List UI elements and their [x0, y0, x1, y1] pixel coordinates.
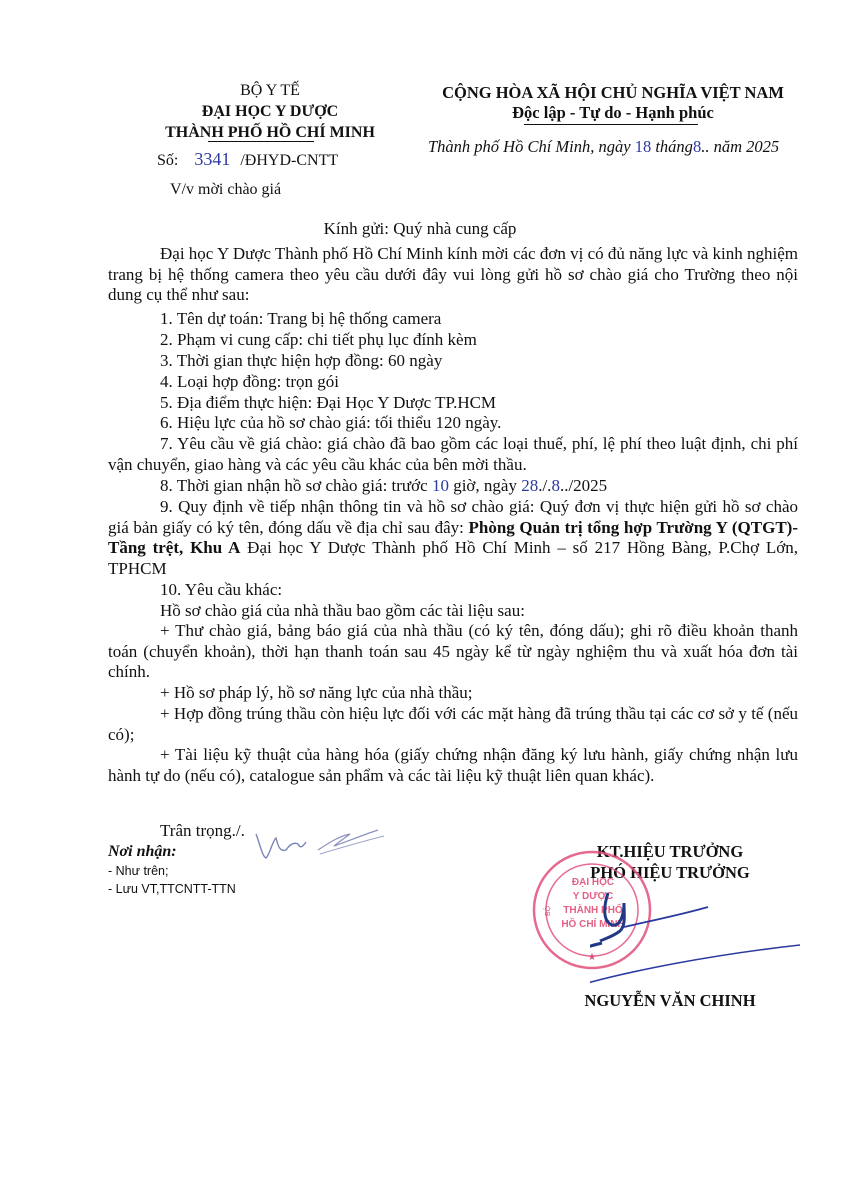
recipients-title: Nơi nhận:: [108, 842, 177, 862]
signature-icon: [590, 885, 810, 985]
item-4: 4. Loại hợp đồng: trọn gói: [160, 372, 339, 393]
item-8-prefix: 8. Thời gian nhận hồ sơ chào giá: trước: [160, 476, 432, 495]
item-2: 2. Phạm vi cung cấp: chi tiết phụ lục đí…: [160, 330, 477, 351]
item-10-bullet-2: + Hồ sơ pháp lý, hồ sơ năng lực của nhà …: [160, 683, 473, 704]
document-number: Số: 3341 /ĐHYD-CNTT: [157, 149, 338, 171]
signatory-name: NGUYỄN VĂN CHINH: [540, 990, 800, 1011]
item-10-bullet-1: + Thư chào giá, bảng báo giá của nhà thầ…: [108, 621, 798, 683]
greeting: Kính gửi: Quý nhà cung cấp: [140, 219, 700, 240]
item-8-day: 28: [521, 476, 538, 495]
nation-title: CỘNG HÒA XÃ HỘI CHỦ NGHĨA VIỆT NAM: [418, 82, 808, 103]
motto-underline: [524, 124, 698, 125]
subject-line: V/v mời chào giá: [170, 179, 281, 200]
number-label: Số:: [157, 152, 178, 169]
item-8-mid: giờ, ngày: [449, 476, 521, 495]
item-10-bullet-3: + Hợp đồng trúng thầu còn hiệu lực đối v…: [108, 704, 798, 745]
initials-signature-icon: [250, 822, 390, 864]
recipient-1: - Như trên;: [108, 862, 236, 880]
item-8-sep: ./.: [538, 476, 551, 495]
item-5: 5. Địa điểm thực hiện: Đại Học Y Dược TP…: [160, 393, 496, 414]
item-6: 6. Hiệu lực của hồ sơ chào giá: tối thiể…: [160, 413, 501, 434]
svg-text:BỘ: BỘ: [543, 905, 552, 916]
university-line2: THÀNH PHỐ HỒ CHÍ MINH: [120, 122, 420, 143]
recipients-list: - Như trên; - Lưu VT,TTCNTT-TTN: [108, 862, 236, 898]
date-prefix: Thành phố Hồ Chí Minh, ngày: [428, 137, 635, 156]
motto: Độc lập - Tự do - Hạnh phúc: [418, 102, 808, 123]
date-suffix: .. năm 2025: [701, 137, 779, 156]
item-3: 3. Thời gian thực hiện hợp đồng: 60 ngày: [160, 351, 442, 372]
number-suffix: /ĐHYD-CNTT: [240, 152, 338, 169]
item-10-bullet-4: + Tài liệu kỹ thuật của hàng hóa (giấy c…: [108, 745, 798, 786]
recipient-2: - Lưu VT,TTCNTT-TTN: [108, 880, 236, 898]
item-8: 8. Thời gian nhận hồ sơ chào giá: trước …: [160, 476, 607, 497]
ministry-name: BỘ Y TẾ: [120, 80, 420, 101]
item-1: 1. Tên dự toán: Trang bị hệ thống camera: [160, 309, 441, 330]
date-mid: tháng: [651, 137, 693, 156]
date-month: 8: [693, 137, 701, 156]
date-line: Thành phố Hồ Chí Minh, ngày 18 tháng8.. …: [428, 136, 779, 157]
date-day: 18: [635, 137, 652, 156]
number-value: 3341: [194, 149, 230, 169]
header-left-underline: [208, 141, 314, 142]
university-line1: ĐẠI HỌC Y DƯỢC: [120, 101, 420, 122]
item-8-month: 8: [551, 476, 560, 495]
header-left: BỘ Y TẾ ĐẠI HỌC Y DƯỢC THÀNH PHỐ HỒ CHÍ …: [120, 80, 420, 143]
closing: Trân trọng./.: [160, 821, 245, 842]
item-10-title: 10. Yêu cầu khác:: [160, 580, 282, 601]
intro-paragraph: Đại học Y Dược Thành phố Hồ Chí Minh kín…: [108, 244, 798, 306]
item-7: 7. Yêu cầu về giá chào: giá chào đã bao …: [108, 434, 798, 475]
item-8-hour: 10: [432, 476, 449, 495]
item-10-lead: Hồ sơ chào giá của nhà thầu bao gồm các …: [160, 601, 525, 622]
item-8-suffix: ../2025: [560, 476, 607, 495]
item-9: 9. Quy định về tiếp nhận thông tin và hồ…: [108, 497, 798, 579]
